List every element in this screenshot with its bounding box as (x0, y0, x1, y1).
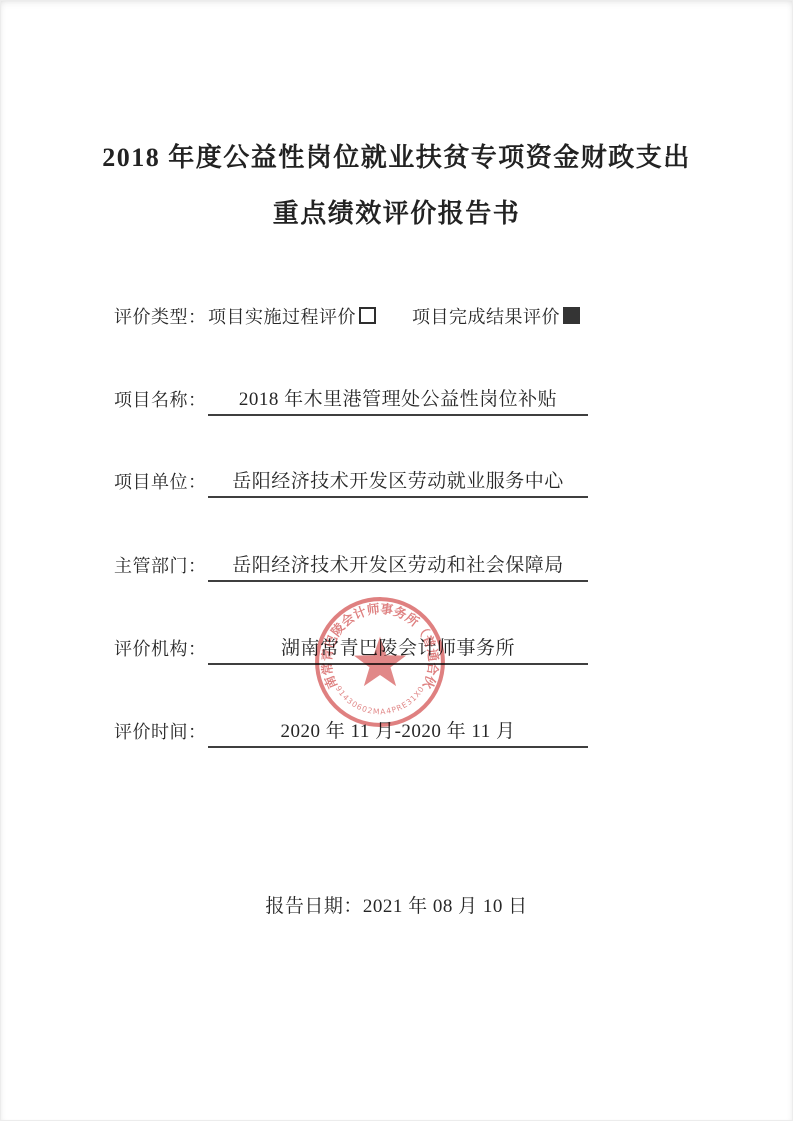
evaluation-agency-row: 评价机构： 湖南常青巴陵会计师事务所 (0, 635, 793, 665)
project-name-row: 项目名称： 2018 年木里港管理处公益性岗位补贴 (0, 386, 793, 416)
supervising-department-value: 岳阳经济技术开发区劳动和社会保障局 (208, 552, 588, 582)
report-date-value: 2021 年 08 月 10 日 (363, 896, 528, 917)
report-title: 2018 年度公益性岗位就业扶贫专项资金财政支出 重点绩效评价报告书 (0, 130, 793, 242)
evaluation-type-label: 评价类型： (114, 303, 207, 329)
evaluation-type-row: 评价类型： 项目实施过程评价 项目完成结果评价 (0, 303, 793, 333)
option-result-label: 项目完成结果评价 (412, 307, 560, 327)
supervising-department-row: 主管部门： 岳阳经济技术开发区劳动和社会保障局 (0, 552, 793, 582)
project-name-label: 项目名称： (114, 386, 207, 412)
option-process-label: 项目实施过程评价 (208, 307, 356, 327)
project-unit-row: 项目单位： 岳阳经济技术开发区劳动就业服务中心 (0, 468, 793, 498)
supervising-department-label: 主管部门： (114, 552, 207, 578)
evaluation-period-value: 2020 年 11 月-2020 年 11 月 (208, 718, 588, 748)
report-cover-page: 2018 年度公益性岗位就业扶贫专项资金财政支出 重点绩效评价报告书 评价类型：… (0, 0, 793, 1121)
report-date-label: 报告日期： (265, 896, 363, 917)
evaluation-period-label: 评价时间： (114, 718, 207, 744)
checkbox-checked-icon (563, 307, 580, 324)
project-name-value: 2018 年木里港管理处公益性岗位补贴 (208, 386, 588, 416)
checkbox-unchecked-icon (359, 307, 376, 324)
evaluation-period-row: 评价时间： 2020 年 11 月-2020 年 11 月 (0, 718, 793, 748)
evaluation-agency-label: 评价机构： (114, 635, 207, 661)
report-title-line2: 重点绩效评价报告书 (0, 186, 793, 242)
stamp-credit-code: 91430602MA4PRE31X0 (334, 684, 427, 716)
project-unit-label: 项目单位： (114, 468, 207, 494)
evaluation-type-option-process: 项目实施过程评价 (208, 303, 376, 329)
report-title-line1: 2018 年度公益性岗位就业扶贫专项资金财政支出 (0, 130, 793, 186)
project-unit-value: 岳阳经济技术开发区劳动就业服务中心 (208, 468, 588, 498)
evaluation-type-option-result: 项目完成结果评价 (412, 303, 580, 329)
stamp-code-text: 91430602MA4PRE31X0 (334, 684, 427, 716)
evaluation-agency-value: 湖南常青巴陵会计师事务所 (208, 635, 588, 665)
report-date: 报告日期：2021 年 08 月 10 日 (0, 891, 793, 918)
